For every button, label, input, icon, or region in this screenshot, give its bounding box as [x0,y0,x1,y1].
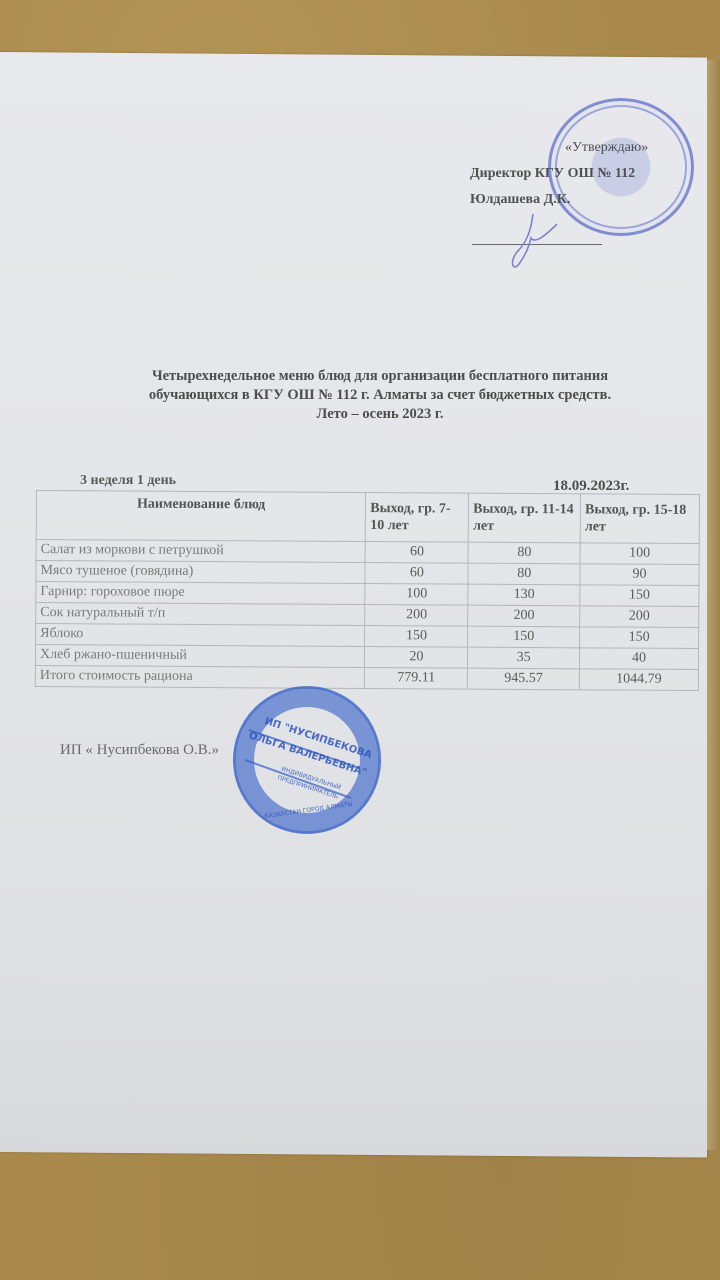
header-age-7-10: Выход, гр. 7-10 лет [366,493,469,543]
portion-7-10-cell: 20 [365,647,468,669]
portion-7-10-cell: 200 [365,605,468,627]
portion-15-18-cell: 150 [580,627,699,649]
dish-name-cell: Хлеб ржано-пшеничный [35,645,365,668]
document-title: Четырехнедельное меню блюд для организац… [80,367,680,424]
director-name: Юлдашева Д.К. [470,187,710,213]
approval-block: «Утверждаю» Директор КГУ ОШ № 112 Юлдаше… [470,135,710,213]
dish-name-cell: Мясо тушеное (говядина) [36,561,366,584]
portion-7-10-cell: 60 [365,563,468,585]
portion-11-14-cell: 150 [468,626,580,648]
header-age-11-14: Выход, гр. 11-14 лет [468,493,580,543]
portion-7-10-cell: 779.11 [365,668,468,690]
portion-11-14-cell: 945.57 [468,668,580,690]
vendor-name: ИП « Нусипбекова О.В.» [60,742,219,759]
portion-15-18-cell: 200 [580,606,699,628]
dish-name-cell: Сок натуральный т/п [36,603,366,626]
title-line-3: Лето – осень 2023 г. [80,405,680,424]
week-day-label: 3 неделя 1 день [80,473,176,489]
dish-name-cell: Гарнир: гороховое пюре [36,582,366,605]
portion-11-14-cell: 80 [468,542,580,564]
signature-icon [505,212,565,274]
portion-7-10-cell: 100 [365,584,468,606]
title-line-2: обучающихся в КГУ ОШ № 112 г. Алматы за … [80,386,680,405]
portion-11-14-cell: 35 [468,647,580,669]
portion-15-18-cell: 90 [580,564,699,586]
header-age-15-18: Выход, гр. 15-18 лет [580,494,699,544]
portion-11-14-cell: 200 [468,605,580,627]
portion-15-18-cell: 100 [580,543,699,565]
title-line-1: Четырехнедельное меню блюд для организац… [80,367,680,386]
portion-11-14-cell: 80 [468,563,580,585]
portion-7-10-cell: 150 [365,626,468,648]
director-position: Директор КГУ ОШ № 112 [470,161,710,187]
header-dish-name: Наименование блюд [36,491,366,542]
dish-name-cell: Яблоко [36,624,366,647]
desk-edge [707,60,720,1150]
portion-15-18-cell: 150 [580,585,699,607]
dish-name-cell: Салат из моркови с петрушкой [36,540,366,563]
menu-table: Наименование блюд Выход, гр. 7-10 лет Вы… [35,490,700,691]
portion-11-14-cell: 130 [468,584,580,606]
portion-7-10-cell: 60 [365,542,468,564]
portion-15-18-cell: 40 [580,648,699,670]
table-header-row: Наименование блюд Выход, гр. 7-10 лет Вы… [36,491,699,544]
portion-15-18-cell: 1044.79 [579,669,698,691]
vendor-stamp: ИП "НУСИПБЕКОВА ОЛЬГА ВАЛЕРЬЕВНА" ИНДИВИ… [233,686,381,834]
approved-label: «Утверждаю» [470,135,710,161]
